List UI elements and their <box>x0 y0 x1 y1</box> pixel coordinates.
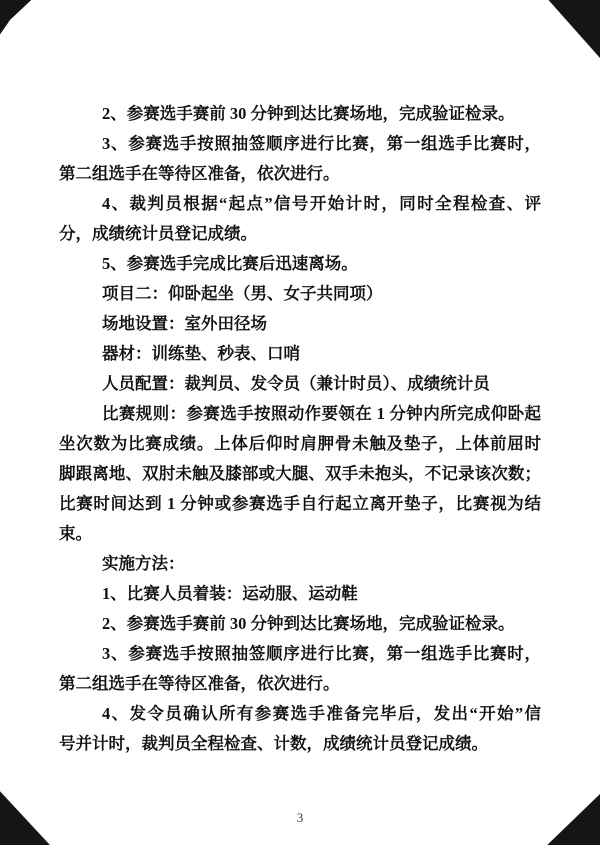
doc-line: 3、参赛选手按照抽签顺序进行比赛，第一组选手比赛时， <box>59 129 541 159</box>
page-number: 3 <box>0 810 600 826</box>
doc-line: 比赛时间达到 1 分钟或参赛选手自行起立离开垫子，比赛视为结 <box>59 489 541 519</box>
doc-line: 脚跟离地、双肘未触及膝部或大腿、双手未抱头，不记录该次数； <box>59 459 541 489</box>
doc-line: 号并计时，裁判员全程检查、计数，成绩统计员登记成绩。 <box>59 729 541 759</box>
document-text-block: 2、参赛选手赛前 30 分钟到达比赛场地，完成验证检录。 3、参赛选手按照抽签顺… <box>59 99 541 759</box>
doc-line: 3、参赛选手按照抽签顺序进行比赛，第一组选手比赛时， <box>59 639 541 669</box>
doc-line: 项目二：仰卧起坐（男、女子共同项） <box>59 279 541 309</box>
doc-line: 第二组选手在等待区准备，依次进行。 <box>59 159 541 189</box>
scan-corner-top-right-mark <box>544 0 600 58</box>
doc-line: 场地设置：室外田径场 <box>59 309 541 339</box>
doc-line: 分，成绩统计员登记成绩。 <box>59 219 541 249</box>
doc-line: 5、参赛选手完成比赛后迅速离场。 <box>59 249 541 279</box>
doc-line: 第二组选手在等待区准备，依次进行。 <box>59 669 541 699</box>
doc-line: 人员配置：裁判员、发令员（兼计时员）、成绩统计员 <box>59 369 541 399</box>
doc-line: 比赛规则：参赛选手按照动作要领在 1 分钟内所完成仰卧起 <box>59 399 541 429</box>
doc-line: 4、发令员确认所有参赛选手准备完毕后，发出“开始”信 <box>59 699 541 729</box>
doc-line: 器材：训练垫、秒表、口哨 <box>59 339 541 369</box>
doc-line: 2、参赛选手赛前 30 分钟到达比赛场地，完成验证检录。 <box>59 99 541 129</box>
doc-line: 束。 <box>59 519 541 549</box>
doc-line: 实施方法： <box>59 549 541 579</box>
doc-line: 2、参赛选手赛前 30 分钟到达比赛场地，完成验证检录。 <box>59 609 541 639</box>
scan-corner-top-left-mark <box>0 0 34 36</box>
document-page: 2、参赛选手赛前 30 分钟到达比赛场地，完成验证检录。 3、参赛选手按照抽签顺… <box>0 0 600 845</box>
doc-line: 坐次数为比赛成绩。上体后仰时肩胛骨未触及垫子，上体前屈时 <box>59 429 541 459</box>
doc-line: 4、裁判员根据“起点”信号开始计时，同时全程检查、评 <box>59 189 541 219</box>
doc-line: 1、比赛人员着装：运动服、运动鞋 <box>59 579 541 609</box>
